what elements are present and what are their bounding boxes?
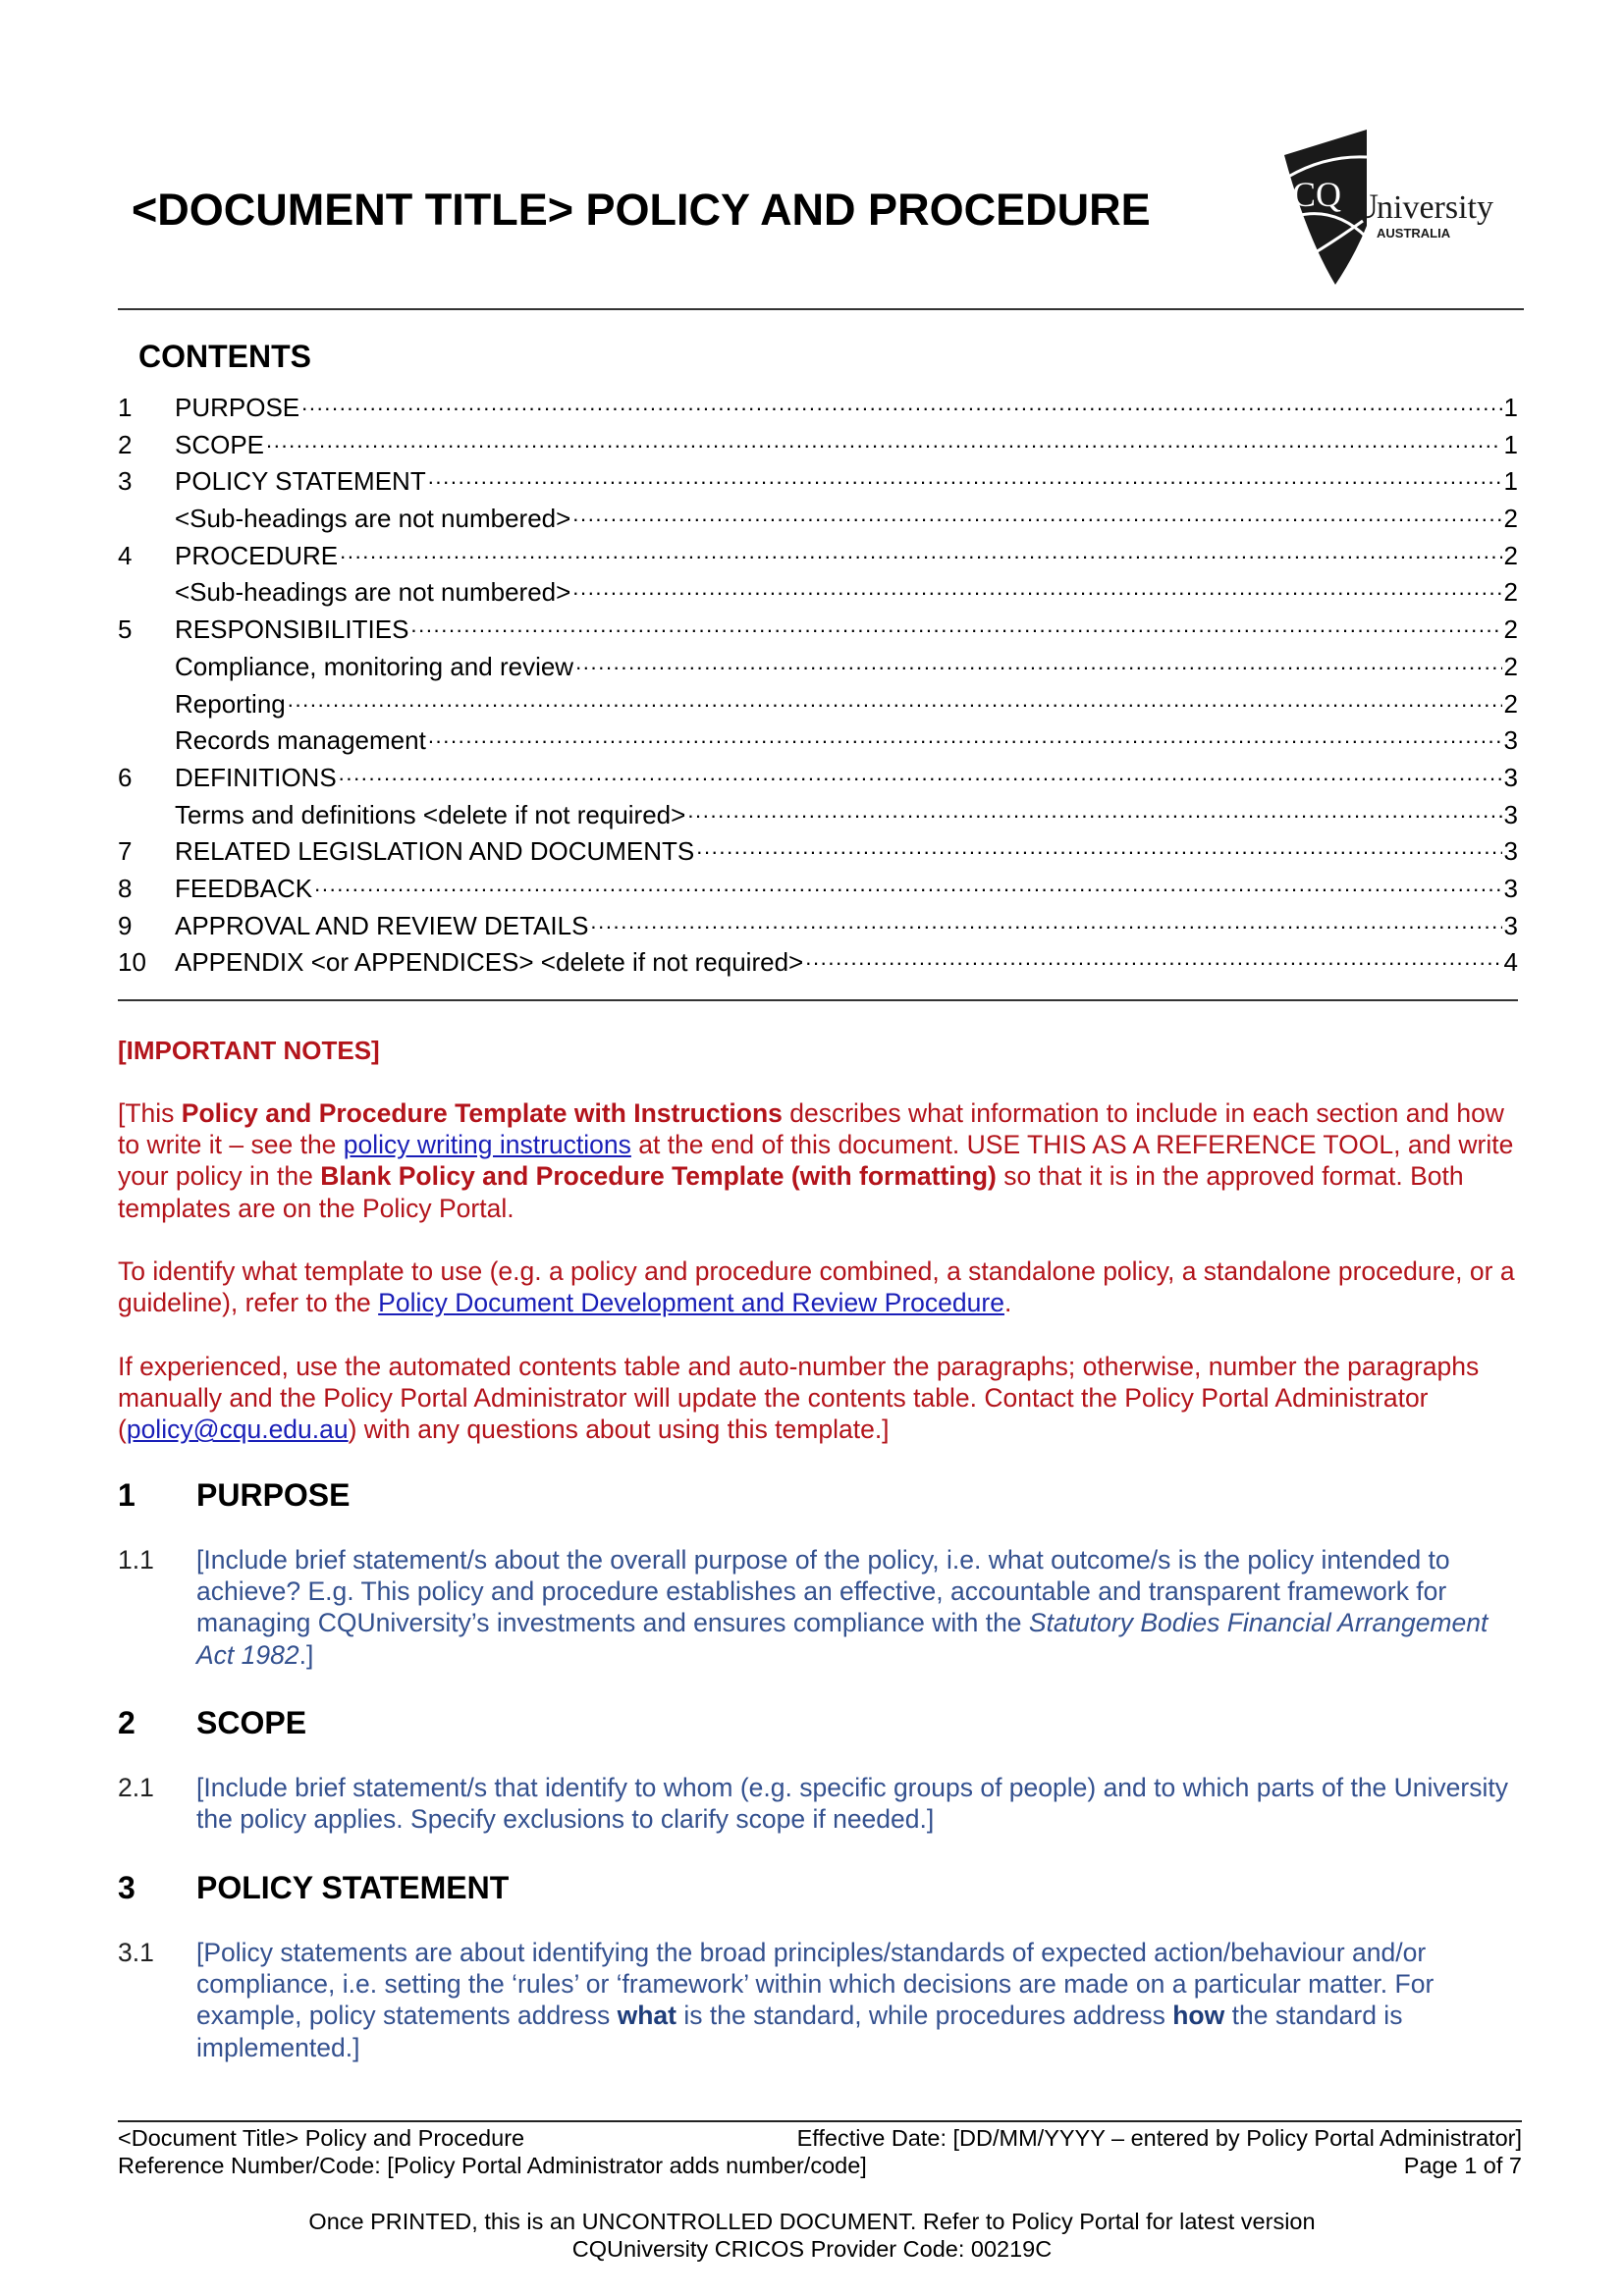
toc-leader-dots: [575, 650, 1501, 675]
contents-divider: [118, 999, 1518, 1001]
toc-entry[interactable]: 8FEEDBACK3: [118, 872, 1518, 909]
toc-entry-page: 2: [1504, 504, 1518, 534]
toc-entry-page: 3: [1504, 911, 1518, 941]
toc-leader-dots: [805, 945, 1501, 971]
toc-entry-page: 3: [1504, 725, 1518, 756]
toc-entry-number: 5: [118, 614, 175, 645]
toc-entry-label: APPROVAL AND REVIEW DETAILS: [175, 911, 588, 941]
paragraph-3-1: 3.1 [Policy statements are about identif…: [118, 1937, 1522, 2063]
toc-leader-dots: [428, 723, 1502, 749]
template-name: Policy and Procedure Template with Instr…: [182, 1098, 783, 1128]
footer-reference-code: Reference Number/Code: [Policy Portal Ad…: [118, 2153, 867, 2179]
toc-entry[interactable]: 5RESPONSIBILITIES2: [118, 613, 1518, 650]
toc-entry[interactable]: 2SCOPE1: [118, 428, 1518, 465]
toc-entry-label: <Sub-headings are not numbered>: [175, 504, 570, 534]
toc-entry-number: 1: [118, 393, 175, 423]
footer-page-number: Page 1 of 7: [1404, 2153, 1522, 2179]
blank-template-name: Blank Policy and Procedure Template (wit…: [320, 1161, 997, 1191]
toc-entry-number: 8: [118, 874, 175, 904]
toc-entry[interactable]: Records management3: [118, 723, 1518, 761]
important-notes-paragraph-2: To identify what template to use (e.g. a…: [118, 1255, 1522, 1318]
toc-entry-label: DEFINITIONS: [175, 763, 337, 793]
footer-effective-date: Effective Date: [DD/MM/YYYY – entered by…: [797, 2125, 1522, 2152]
toc-entry[interactable]: 1PURPOSE1: [118, 391, 1518, 428]
toc-entry-page: 4: [1504, 947, 1518, 978]
toc-entry-label: <Sub-headings are not numbered>: [175, 577, 570, 608]
toc-entry-label: APPENDIX <or APPENDICES> <delete if not …: [175, 947, 803, 978]
toc-entry-page: 2: [1504, 577, 1518, 608]
cqu-logo: CQ U niversity AUSTRALIA: [1276, 128, 1522, 285]
toc-entry-label: Compliance, monitoring and review: [175, 652, 573, 682]
toc-leader-dots: [314, 872, 1501, 897]
toc-entry-number: 2: [118, 430, 175, 460]
paragraph-2-1: 2.1 [Include brief statement/s that iden…: [118, 1772, 1522, 1835]
footer-cricos-code: CQUniversity CRICOS Provider Code: 00219…: [0, 2236, 1624, 2263]
toc-leader-dots: [301, 391, 1501, 416]
important-notes-paragraph-3: If experienced, use the automated conten…: [118, 1351, 1522, 1446]
toc-entry-label: SCOPE: [175, 430, 264, 460]
toc-leader-dots: [410, 613, 1501, 638]
toc-entry-page: 2: [1504, 689, 1518, 720]
section-heading-purpose: 1PURPOSE: [118, 1477, 350, 1514]
toc-leader-dots: [339, 761, 1502, 786]
toc-entry[interactable]: 9APPROVAL AND REVIEW DETAILS3: [118, 909, 1518, 946]
toc-leader-dots: [266, 428, 1502, 454]
svg-text:AUSTRALIA: AUSTRALIA: [1377, 226, 1451, 240]
toc-entry-page: 1: [1504, 430, 1518, 460]
toc-entry-page: 3: [1504, 800, 1518, 830]
document-page: <DOCUMENT TITLE> POLICY AND PROCEDURE CQ…: [0, 0, 1624, 2296]
toc-entry-label: PURPOSE: [175, 393, 299, 423]
toc-entry[interactable]: 6DEFINITIONS3: [118, 761, 1518, 798]
toc-leader-dots: [687, 798, 1501, 824]
toc-entry[interactable]: <Sub-headings are not numbered>2: [118, 575, 1518, 613]
svg-text:CQ: CQ: [1292, 175, 1341, 214]
toc-entry[interactable]: 3POLICY STATEMENT1: [118, 464, 1518, 502]
toc-leader-dots: [340, 539, 1501, 564]
important-notes-paragraph-1: [This Policy and Procedure Template with…: [118, 1097, 1522, 1224]
toc-entry[interactable]: 7RELATED LEGISLATION AND DOCUMENTS3: [118, 834, 1518, 872]
toc-entry-page: 1: [1504, 466, 1518, 497]
toc-entry-number: 10: [118, 947, 175, 978]
contents-heading: CONTENTS: [138, 339, 311, 375]
svg-text:niversity: niversity: [1377, 189, 1493, 226]
toc-entry[interactable]: 4PROCEDURE2: [118, 539, 1518, 576]
toc-entry-number: 6: [118, 763, 175, 793]
toc-entry-label: Reporting: [175, 689, 286, 720]
section-heading-policy-statement: 3POLICY STATEMENT: [118, 1870, 509, 1906]
toc-entry-label: POLICY STATEMENT: [175, 466, 426, 497]
toc-leader-dots: [288, 687, 1502, 713]
paragraph-1-1: 1.1 [Include brief statement/s about the…: [118, 1544, 1522, 1671]
svg-text:U: U: [1353, 187, 1379, 226]
document-title: <DOCUMENT TITLE> POLICY AND PROCEDURE: [132, 185, 1151, 236]
toc-entry-page: 3: [1504, 763, 1518, 793]
toc-entry-number: 9: [118, 911, 175, 941]
toc-entry-label: RELATED LEGISLATION AND DOCUMENTS: [175, 836, 694, 867]
toc-entry-label: RESPONSIBILITIES: [175, 614, 408, 645]
toc-leader-dots: [428, 464, 1502, 490]
policy-document-development-link[interactable]: Policy Document Development and Review P…: [378, 1288, 1004, 1317]
toc-entry[interactable]: Compliance, monitoring and review2: [118, 650, 1518, 687]
footer-document-title: <Document Title> Policy and Procedure: [118, 2125, 524, 2152]
table-of-contents: 1PURPOSE12SCOPE13POLICY STATEMENT1<Sub-h…: [118, 391, 1518, 983]
footer-divider: [118, 2120, 1522, 2122]
footer-uncontrolled-notice: Once PRINTED, this is an UNCONTROLLED DO…: [0, 2209, 1624, 2235]
toc-entry[interactable]: <Sub-headings are not numbered>2: [118, 502, 1518, 539]
important-notes-heading: [IMPORTANT NOTES]: [118, 1036, 380, 1066]
toc-entry[interactable]: Terms and definitions <delete if not req…: [118, 798, 1518, 835]
cqu-shield-logo-icon: CQ U niversity AUSTRALIA: [1276, 128, 1522, 285]
toc-entry-page: 2: [1504, 614, 1518, 645]
toc-entry-number: 3: [118, 466, 175, 497]
toc-entry-label: PROCEDURE: [175, 541, 338, 571]
toc-entry[interactable]: Reporting2: [118, 687, 1518, 724]
toc-entry-page: 3: [1504, 874, 1518, 904]
toc-entry-page: 2: [1504, 541, 1518, 571]
section-heading-scope: 2SCOPE: [118, 1705, 306, 1741]
toc-entry-label: Records management: [175, 725, 426, 756]
toc-entry-number: 7: [118, 836, 175, 867]
toc-leader-dots: [572, 502, 1501, 527]
policy-writing-instructions-link[interactable]: policy writing instructions: [344, 1130, 631, 1159]
toc-leader-dots: [590, 909, 1501, 934]
toc-leader-dots: [696, 834, 1501, 860]
header-divider: [118, 308, 1524, 310]
toc-entry[interactable]: 10APPENDIX <or APPENDICES> <delete if no…: [118, 945, 1518, 983]
toc-entry-page: 1: [1504, 393, 1518, 423]
toc-entry-label: FEEDBACK: [175, 874, 312, 904]
toc-entry-number: 4: [118, 541, 175, 571]
toc-entry-page: 2: [1504, 652, 1518, 682]
toc-leader-dots: [572, 575, 1501, 601]
toc-entry-label: Terms and definitions <delete if not req…: [175, 800, 685, 830]
toc-entry-page: 3: [1504, 836, 1518, 867]
policy-email-link[interactable]: policy@cqu.edu.au: [127, 1415, 349, 1444]
